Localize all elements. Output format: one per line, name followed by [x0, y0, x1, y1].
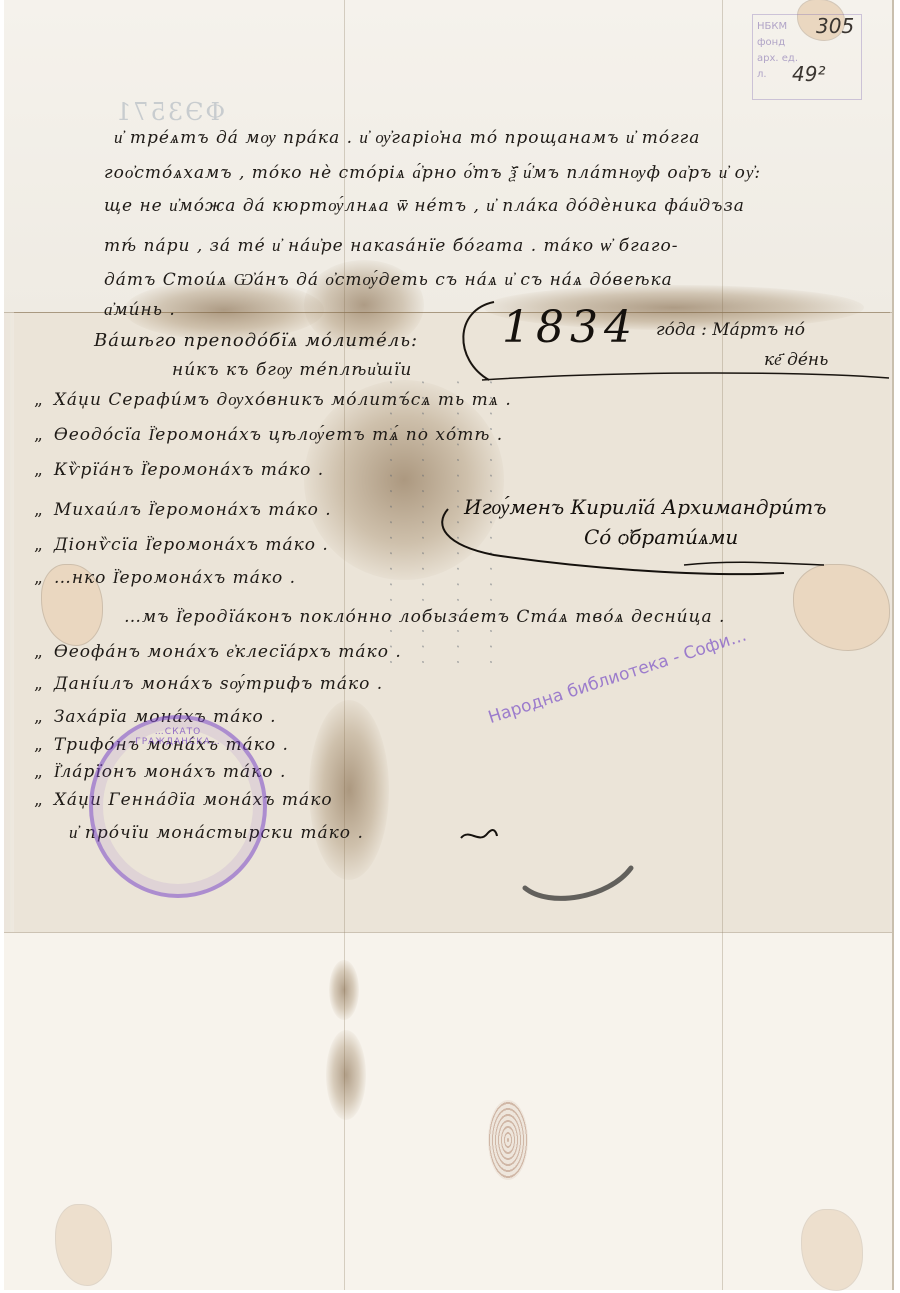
lower-fold-panel: [4, 932, 892, 1290]
ink-blot: [329, 960, 359, 1020]
letter-body-line: тѣ́ па́ри , за́ те́ и҆ на́и҆ре накаѕа́нї…: [104, 236, 678, 256]
signatory-line: „Ѳеодо́сїа Ї҆еромона́хъ цѣлѹ́етъ тѧ́ по …: [34, 425, 503, 445]
letter-body-line: а҆ми́нь .: [104, 300, 176, 320]
folio-number-old: 49²: [792, 62, 825, 86]
bleed-through-writing: · · · · · · · · · · · · · · · · · · ·: [414, 380, 432, 900]
ink-blot: [326, 1030, 366, 1120]
end-flourish: [459, 828, 499, 844]
bleed-through-writing: · · · · · · · · · · · · · · · · · · ·: [482, 380, 500, 900]
signatory-line: „Діонѷсїа Ї҆еромона́хъ та́ко .: [34, 535, 329, 555]
horizontal-fold-line: [4, 932, 892, 933]
letter-body-line: да́тъ Стои́ѧ Ѡ҆а́нъ да́ о҆стѹ́деть съ на…: [104, 270, 673, 290]
mirrored-archive-number: ΦЭ3571: [114, 98, 225, 126]
fingerprint-smudge: [488, 1100, 528, 1180]
bleed-through-writing: · · · · · · · · · · · · · · · · · · ·: [382, 380, 400, 900]
signatory-line: …мъ Ї҆еродїа́конъ покло́нно лобыза́етъ С…: [114, 607, 725, 627]
signatory-line: „Михаи́лъ Ї҆еромона́хъ та́ко .: [34, 500, 332, 520]
bleed-through-writing: · · · · · · · · · · · · · · · · · · ·: [449, 380, 467, 900]
signature-flourish: [434, 505, 834, 585]
abbot-signature: Игѹ́менъ Кирилїа́ Архимандри́тъ Со́ ѻ҆бр…: [434, 495, 834, 575]
closing-greeting: Ва́шѣго преподо́бїѧ мо́лите́ль:: [94, 330, 418, 351]
signatory-line: „Ха́џи Серафи́мъ дѹхо́вникъ мо́литъ́сѧ т…: [34, 390, 512, 410]
folio-number: 305: [816, 14, 854, 38]
pencil-arc: [519, 848, 639, 908]
signatory-line: „Дані́илъ мона́хъ ѕѹ́трифъ та́ко .: [34, 674, 383, 694]
letter-body-line: и҆ тре́ѧтъ да́ мѹ пра́ка . и҆ ѹ҆гаріо҆на…: [114, 128, 700, 148]
closing-greeting-cont: ни́къ къ бгѹ те́плѣи҆шїи: [172, 360, 412, 380]
letter-body-line: ще не и҆мо́жа да́ кюртѹ́лнѧа ѿ не́тъ , и…: [104, 196, 745, 216]
signatory-line: „…нко Ї҆еромона́хъ та́ко .: [34, 568, 296, 588]
signatory-line: „Кѷрїа́нъ Ї҆еромона́хъ та́ко .: [34, 460, 324, 480]
letter-body-line: гоо҆сто́ѧхамъ , то́ко нѐ сто́ріѧ а҆́рно …: [104, 163, 761, 183]
manuscript-page: · · · · · · · · · · · · · · · · · · · · …: [4, 0, 894, 1290]
monastery-seal-stamp: …СКАТО ГРАЖДАНСКА…: [89, 715, 267, 898]
seal-text: …СКАТО ГРАЖДАНСКА…: [123, 727, 233, 747]
signatory-line: „Ѳеофа́нъ мона́хъ е҆клесїа́рхъ та́ко .: [34, 642, 402, 662]
